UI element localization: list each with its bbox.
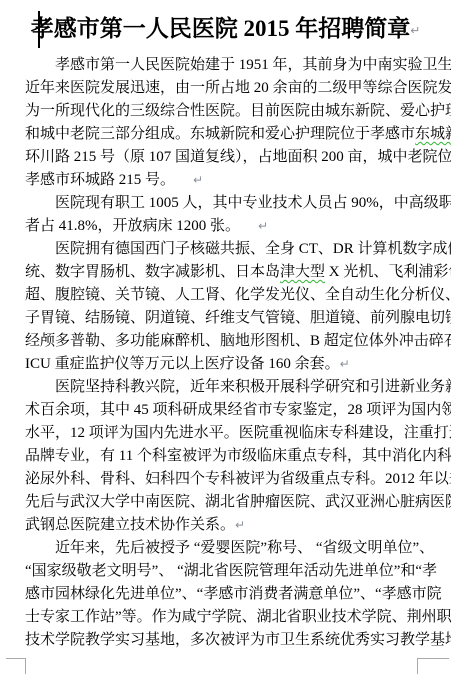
text-line: 经颅多普勒、多功能麻醉机、脑地形图机、B 超定位体外冲击碎石机、	[25, 330, 426, 353]
text-segment: “国家级敬老文明号”、 “湖北省医院管理年活动先进单位”和“孝	[25, 563, 437, 579]
text-line: 近年来，先后被授予 “爱婴医院”称号、 “省级文明单位”、	[25, 537, 426, 560]
text-line: 统、数字胃肠机、数字减影机、日本岛津大型 X 光机、飞利浦彩色 B	[25, 261, 426, 284]
text-line: 子胃镜、结肠镜、阴道镜、纤维支气管镜、胆道镜、前列腺电切镜、	[25, 307, 426, 330]
text-segment: 近年来医院发展迅速，由一所占地 20 余亩的二级甲等综合医院发展	[25, 80, 451, 96]
text-line: 先后与武汉大学中南医院、湖北省肿瘤医院、武汉亚洲心脏病医院和	[25, 491, 426, 514]
text-line: 和城中老院三部分组成。东城新院和爱心护理院位于孝感市东城新区	[25, 123, 426, 146]
text-segment: 统、数字胃肠机、数字减影机、日本岛	[25, 264, 280, 280]
text-segment: 先后与武汉大学中南医院、湖北省肿瘤医院、武汉亚洲心脏病医院和	[25, 494, 451, 510]
paragraph: 医院坚持科教兴院，近年来积极开展科学研究和引进新业务新技术百余项，其中 45 项…	[25, 376, 426, 537]
text-segment: ICU 重症监护仪等万元以上医疗设备 160 余套。	[25, 356, 340, 372]
text-line: 感市园林绿化先进单位”、“孝感市消费者满意单位”、“孝感市院	[25, 583, 426, 606]
text-line: 技术学院教学实习基地，多次被评为市卫生系统优秀实习教学基地。↵	[25, 629, 426, 652]
text-line: 水平，12 项评为国内先进水平。医院重视临床专科建设，注重打造	[25, 422, 426, 445]
paragraph-mark-icon: ↵	[235, 518, 245, 532]
text-segment: 泌尿外科、骨科、妇科四个专科被评为省级重点专科。2012 年以来	[25, 471, 451, 487]
text-segment: 品牌专业，有 11 个科室被评为市级临床重点专科，其中消化内科、	[25, 448, 451, 464]
margin-corner-bottom-right	[417, 658, 449, 674]
text-segment: 医院现有职工 1005 人，其中专业技术人员占 90%，中高级职称	[55, 195, 451, 211]
text-line: 泌尿外科、骨科、妇科四个专科被评为省级重点专科。2012 年以来	[25, 468, 426, 491]
text-line: 医院坚持科教兴院，近年来积极开展科学研究和引进新业务新技	[25, 376, 426, 399]
paragraph: 孝感市第一人民医院始建于 1951 年，其前身为中南实验卫生院。近年来医院发展迅…	[25, 54, 426, 192]
margin-corner-bottom-left	[6, 658, 26, 674]
text-segment: X 光机、飞利浦彩色 B	[325, 264, 451, 280]
text-line: “国家级敬老文明号”、 “湖北省医院管理年活动先进单位”和“孝	[25, 560, 426, 583]
text-segment: 近年来，先后被授予 “爱婴医院”称号、 “省级文明单位”、	[55, 540, 434, 556]
text-segment: 环川路 215 号（原 107 国道复线），占地面积 200 亩，城中老院位于	[25, 149, 451, 165]
text-line: 医院拥有德国西门子核磁共振、全身 CT、DR 计算机数字成像系	[25, 238, 426, 261]
text-segment: 医院坚持科教兴院，近年来积极开展科学研究和引进新业务新技	[55, 379, 451, 395]
text-line: 医院现有职工 1005 人，其中专业技术人员占 90%，中高级职称	[25, 192, 426, 215]
paragraph-mark-icon: ↵	[240, 219, 268, 233]
text-line: 孝感市环城路 215 号。↵	[25, 169, 426, 192]
text-line: 者占 41.8%，开放病床 1200 张。↵	[25, 215, 426, 238]
text-segment: 子胃镜、结肠镜、阴道镜、纤维支气管镜、胆道镜、前列腺电切镜、	[25, 310, 451, 326]
text-cursor	[38, 11, 40, 48]
text-segment: 经颅多普勒、多功能麻醉机、脑地形图机、B 超定位体外冲击碎石机、	[25, 333, 451, 349]
text-segment: 和城中老院三部分组成。东城新院和爱心护理院位于孝感市	[25, 126, 415, 142]
wavy-underline-text: 东城新区	[415, 126, 451, 142]
text-segment: 孝感市环城路 215 号。	[25, 172, 175, 188]
paragraph-mark-icon: ↵	[340, 357, 350, 371]
text-segment: 技术学院教学实习基地，多次被评为市卫生系统优秀实习教学基地。	[25, 632, 451, 648]
text-segment: 水平，12 项评为国内先进水平。医院重视临床专科建设，注重打造	[25, 425, 451, 441]
text-line: 术百余项，其中 45 项科研成果经省市专家鉴定，28 项评为国内领先	[25, 399, 426, 422]
document-page[interactable]: 孝感市第一人民医院 2015 年招聘简章↵ 孝感市第一人民医院始建于 1951 …	[0, 0, 451, 674]
text-segment: 士专家工作站”等。作为咸宁学院、湖北省职业技术学院、荆州职业	[25, 609, 451, 625]
text-line: 孝感市第一人民医院始建于 1951 年，其前身为中南实验卫生院。	[25, 54, 426, 77]
wavy-underline-text: 津大型	[280, 264, 325, 280]
text-line: ICU 重症监护仪等万元以上医疗设备 160 余套。↵	[25, 353, 426, 376]
text-segment: 为一所现代化的三级综合性医院。目前医院由城东新院、爱心护理院	[25, 103, 451, 119]
text-line: 品牌专业，有 11 个科室被评为市级临床重点专科，其中消化内科、	[25, 445, 426, 468]
text-segment: 医院拥有德国西门子核磁共振、全身 CT、DR 计算机数字成像系	[55, 241, 451, 257]
text-segment: 武钢总医院建立技术协作关系。	[25, 517, 235, 533]
text-segment: 感市园林绿化先进单位”、“孝感市消费者满意单位”、“孝感市院	[25, 586, 442, 602]
text-line: 环川路 215 号（原 107 国道复线），占地面积 200 亩，城中老院位于	[25, 146, 426, 169]
text-line: 为一所现代化的三级综合性医院。目前医院由城东新院、爱心护理院	[25, 100, 426, 123]
document-title-row: 孝感市第一人民医院 2015 年招聘简章↵	[0, 9, 451, 49]
page-title: 孝感市第一人民医院 2015 年招聘简章	[31, 16, 411, 41]
text-segment: 孝感市第一人民医院始建于 1951 年，其前身为中南实验卫生院。	[55, 57, 451, 73]
text-segment: 者占 41.8%，开放病床 1200 张。	[25, 218, 240, 234]
paragraph: 医院现有职工 1005 人，其中专业技术人员占 90%，中高级职称者占 41.8…	[25, 192, 426, 238]
text-segment: 术百余项，其中 45 项科研成果经省市专家鉴定，28 项评为国内领先	[25, 402, 451, 418]
paragraph-mark-icon: ↵	[410, 24, 420, 38]
text-line: 近年来医院发展迅速，由一所占地 20 余亩的二级甲等综合医院发展	[25, 77, 426, 100]
paragraph: 近年来，先后被授予 “爱婴医院”称号、 “省级文明单位”、“国家级敬老文明号”、…	[25, 537, 426, 652]
text-segment: 超、腹腔镜、关节镜、人工肾、化学发光仪、全自动生化分析仪、电	[25, 287, 451, 303]
paragraph-mark-icon: ↵	[175, 173, 203, 187]
text-line: 武钢总医院建立技术协作关系。↵	[25, 514, 426, 537]
document-body: 孝感市第一人民医院始建于 1951 年，其前身为中南实验卫生院。近年来医院发展迅…	[25, 54, 426, 652]
text-line: 超、腹腔镜、关节镜、人工肾、化学发光仪、全自动生化分析仪、电	[25, 284, 426, 307]
paragraph: 医院拥有德国西门子核磁共振、全身 CT、DR 计算机数字成像系统、数字胃肠机、数…	[25, 238, 426, 376]
text-line: 士专家工作站”等。作为咸宁学院、湖北省职业技术学院、荆州职业	[25, 606, 426, 629]
